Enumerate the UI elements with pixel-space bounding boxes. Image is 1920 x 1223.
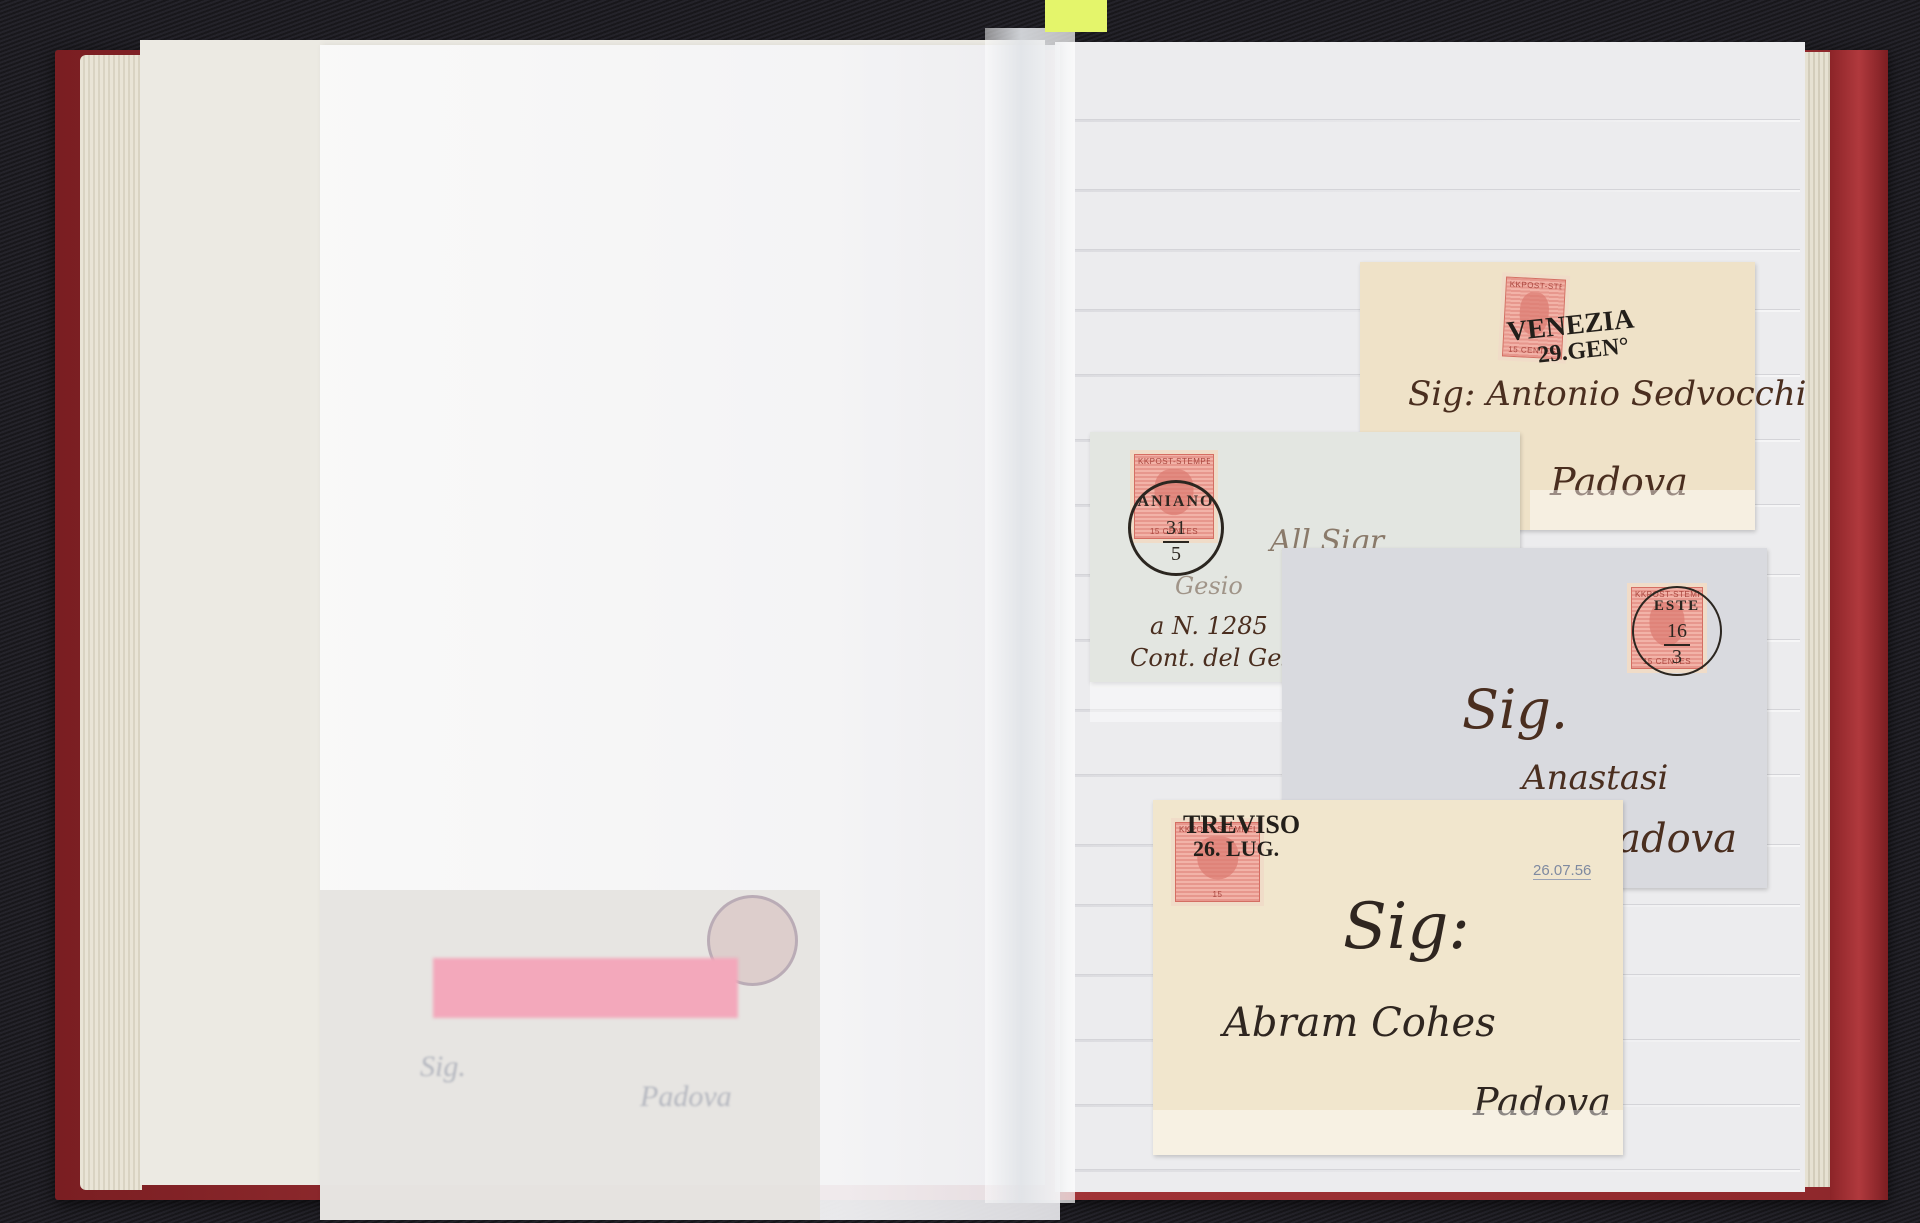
address-line: Gesio [1175,572,1243,600]
address-line: Sig: [1343,890,1470,964]
hidden-address-line: Sig. [420,1050,466,1084]
postmark-straight-line: TREVISO 26. LUG. [1183,812,1300,860]
address-line: Sig. [1462,678,1568,741]
stock-strip [1075,120,1800,122]
yellow-tab-marker [1045,0,1107,32]
address-line: Anastasi [1522,758,1668,798]
hidden-address-city: Padova [640,1080,732,1114]
postmark-circular: ESTE 16 3 [1632,586,1722,676]
stock-strip [1075,190,1800,192]
left-page-edges [80,55,142,1190]
address-line: a N. 1285 [1150,612,1268,640]
postmark-circular: ANIANO 31 5 [1128,480,1224,576]
stock-strip [1075,1170,1800,1172]
album-cover-edge-right [1830,50,1888,1200]
address-line: Sig: Antonio Sedvocchi [1408,374,1807,414]
glassine-fold [985,28,1075,1203]
pencil-date-notation: 26.07.56 [1533,862,1591,880]
stock-strip-overlay [1530,490,1755,530]
postmark-straight-line: VENEZIA 29.GEN° [1506,305,1638,370]
cover-treviso[interactable]: KKPOST-STEMPEL 15 TREVISO 26. LUG. 26.07… [1153,800,1623,1155]
redaction-bar [433,958,738,1018]
address-line: Abram Cohes [1223,1000,1496,1046]
stock-strip [1075,250,1800,252]
stock-strip-overlay [1153,1110,1623,1155]
